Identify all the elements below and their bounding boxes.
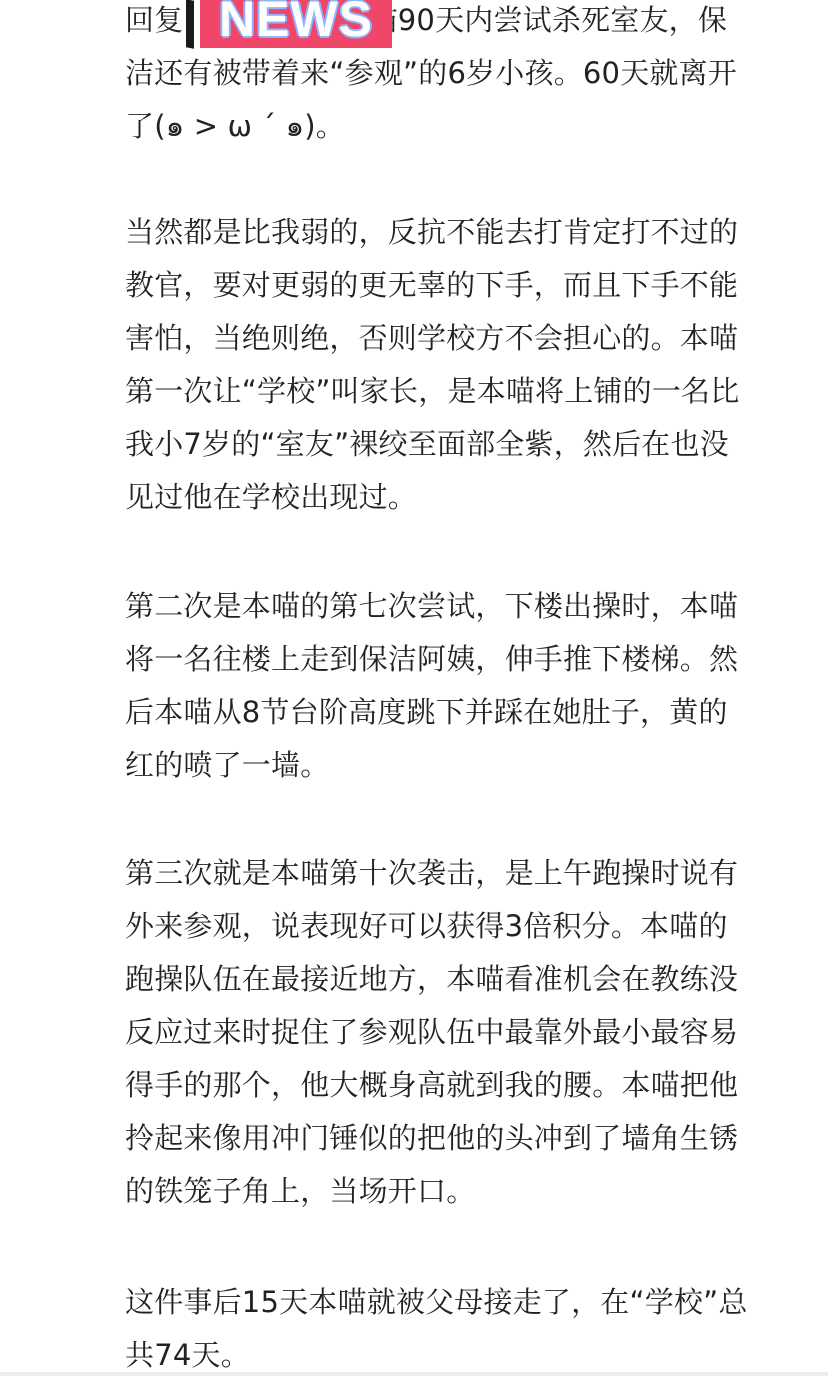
text-line: 见过他在学校出现过。 — [125, 471, 739, 524]
text-line: 的铁笼子角上，当场开口。 — [125, 1165, 738, 1218]
text-line: 了(๑ > ω ˊ ๑)。 — [125, 100, 737, 153]
paragraph-2: 当然都是比我弱的，反抗不能去打肯定打不过的 教官，要对更弱的更无辜的下手，而且下… — [125, 206, 739, 524]
text-line: 红的喷了一墙。 — [125, 739, 738, 792]
text-line: 教官，要对更弱的更无辜的下手，而且下手不能 — [125, 259, 739, 312]
text-line: 跑操队伍在最接近地方，本喵看准机会在教练没 — [125, 953, 738, 1006]
text-line: 这件事后15天本喵就被父母接走了，在“学校”总 — [125, 1276, 748, 1329]
text-line: 当然都是比我弱的，反抗不能去打肯定打不过的 — [125, 206, 739, 259]
text-line: 拎起来像用冲门锤似的把他的头冲到了墙角生锈 — [125, 1112, 738, 1165]
text-line: 第一次让“学校”叫家长，是本喵将上铺的一名比 — [125, 365, 739, 418]
text-line: 害怕，当绝则绝，否则学校方不会担心的。本喵 — [125, 312, 739, 365]
text-line: 我小7岁的“室友”裸绞至面部全紫，然后在也没 — [125, 418, 739, 471]
paragraph-4: 第三次就是本喵第十次袭击，是上午跑操时说有 外来参观，说表现好可以获得3倍积分。… — [125, 847, 738, 1218]
text-line: 洁还有被带着来“参观”的6岁小孩。60天就离开 — [125, 47, 737, 100]
paragraph-3: 第二次是本喵的第七次尝试，下楼出操时，本喵 将一名往楼上走到保洁阿姨，伸手推下楼… — [125, 580, 738, 792]
text-line: 将一名往楼上走到保洁阿姨，伸手推下楼梯。然 — [125, 633, 738, 686]
text-line: 第三次就是本喵第十次袭击，是上午跑操时说有 — [125, 847, 738, 900]
text-line: 第二次是本喵的第七次尝试，下楼出操时，本喵 — [125, 580, 738, 633]
text-line: 外来参观，说表现好可以获得3倍积分。本喵的 — [125, 900, 738, 953]
news-badge-overlay: NEWS — [200, 0, 392, 48]
text-line: 后本喵从8节台阶高度跳下并踩在她肚子，黄的 — [125, 686, 738, 739]
paragraph-5: 这件事后15天本喵就被父母接走了，在“学校”总 共74天。 — [125, 1276, 748, 1376]
bottom-divider — [0, 1372, 828, 1376]
text-line: 共74天。 — [125, 1329, 748, 1376]
text-line: 反应过来时捉住了参观队伍中最靠外最小最容易 — [125, 1006, 738, 1059]
badge-edge-decoration — [186, 0, 194, 49]
text-line: 得手的那个，他大概身高就到我的腰。本喵把他 — [125, 1059, 738, 1112]
